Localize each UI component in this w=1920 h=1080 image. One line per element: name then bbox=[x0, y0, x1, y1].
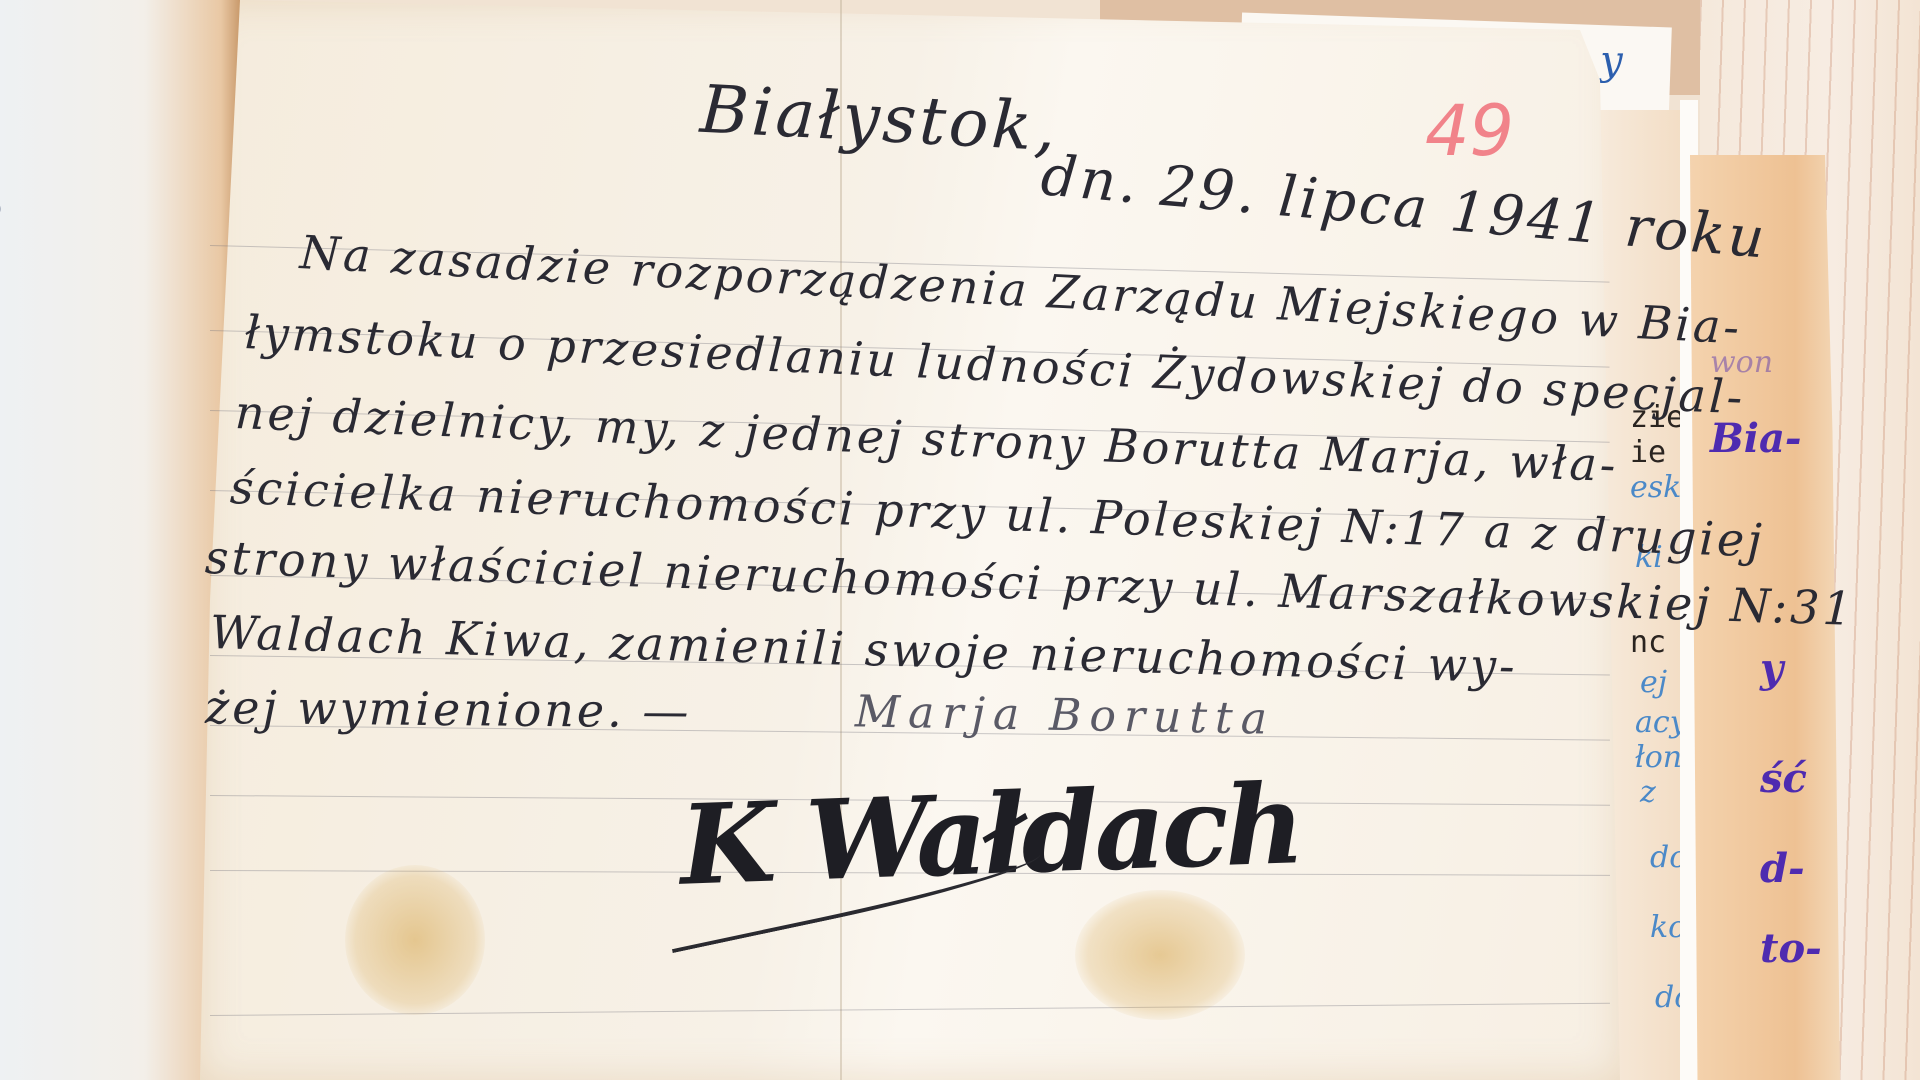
folio-number: 49 bbox=[1425, 90, 1514, 172]
faded-stamp-mark: ~ bbox=[0, 201, 13, 223]
purple-handwriting: d- bbox=[1760, 845, 1805, 892]
blue-handwriting: ej bbox=[1640, 665, 1667, 700]
typed-fragment: nc bbox=[1630, 625, 1666, 660]
water-stain bbox=[1075, 890, 1245, 1020]
purple-handwriting: y bbox=[1760, 645, 1783, 692]
purple-handwriting: ść bbox=[1760, 755, 1807, 802]
blue-handwriting: z bbox=[1640, 775, 1656, 810]
typed-fragment: ie bbox=[1630, 435, 1666, 470]
body-line-7: żej wymienione. — bbox=[205, 680, 692, 738]
purple-handwriting: to- bbox=[1760, 925, 1822, 972]
signature-pencil: Marja Borutta bbox=[855, 686, 1276, 744]
paper-fold-line bbox=[840, 0, 842, 1080]
signature-ink: K Wałdach bbox=[678, 759, 1303, 910]
water-stain bbox=[345, 865, 485, 1015]
